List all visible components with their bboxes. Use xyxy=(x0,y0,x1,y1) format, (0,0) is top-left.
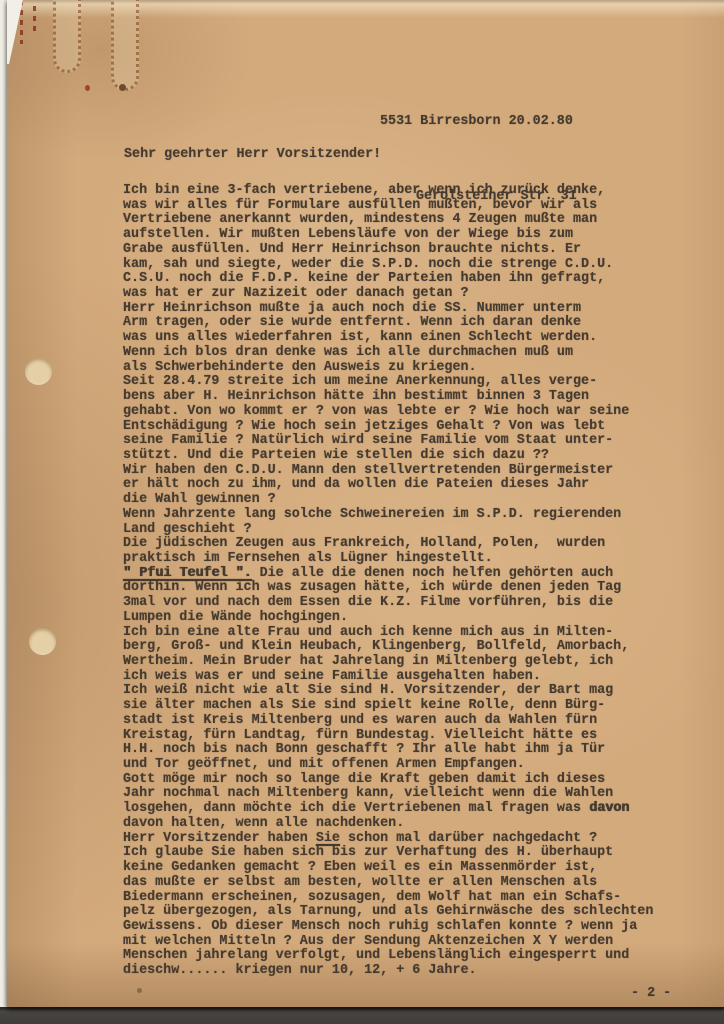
letter-line: seine Familie ? Natürlich wird seine Fam… xyxy=(123,434,653,449)
letter-line: er hält noch zu ihm, und da wollen die P… xyxy=(123,478,653,493)
letter-line: Ich weiß nicht wie alt Sie sind H. Vorsi… xyxy=(123,684,653,699)
letter-line: Vertriebene anerkannt wurden, mindestens… xyxy=(123,213,653,228)
letter-line: dieschw...... kriegen nur 10, 12, + 6 Ja… xyxy=(123,964,653,979)
letter-line: Menschen jahrelang verfolgt, und Lebensl… xyxy=(123,949,653,964)
letter-line: was uns alles wiederfahren ist, kann ein… xyxy=(123,331,653,346)
letter-line: Gewissens. Ob dieser Mensch noch ruhig s… xyxy=(123,920,653,935)
paperclip-rust-mark xyxy=(111,0,139,91)
letter-line: Entschädigung ? Wie hoch sein jetziges G… xyxy=(123,420,653,435)
red-pen-mark xyxy=(33,6,36,36)
letter-line: sie älter machen als Sie sind spielt kei… xyxy=(123,699,653,714)
letter-line: gehabt. Von wo kommt er ? von was lebte … xyxy=(123,405,653,420)
letter-line: was hat er zur Nazizeit oder danach geta… xyxy=(123,287,653,302)
letter-line: keine Gedanken gemacht ? Eben weil es ei… xyxy=(123,861,653,876)
scanner-background-band xyxy=(0,1007,724,1024)
letter-line: pelz übergezogen, als Tarnung, und als G… xyxy=(123,905,653,920)
letter-line: Ich bin eine 3-fach vertriebene, aber we… xyxy=(123,184,653,199)
letter-line: losgehen, dann möchte ich die Vertrieben… xyxy=(123,802,653,817)
letter-line: Die jüdischen Zeugen aus Frankreich, Hol… xyxy=(123,537,653,552)
letter-line: Lumpen die Wände hochgingen. xyxy=(123,611,653,626)
letter-line: H.H. noch bis nach Bonn geschafft ? Ihr … xyxy=(123,743,653,758)
letter-line: und Tor geöffnet, und mit offenen Armen … xyxy=(123,758,653,773)
letter-line: berg, Groß- und Klein Heubach, Klingenbe… xyxy=(123,640,653,655)
letter-line: aufstellen. Wir mußten Lebensläufe von d… xyxy=(123,228,653,243)
letter-line: Biedermann erscheinen, sozusagen, dem Wo… xyxy=(123,891,653,906)
letter-salutation: Sehr geehrter Herr Vorsitzender! xyxy=(124,147,381,162)
letter-body: Ich bin eine 3-fach vertriebene, aber we… xyxy=(123,184,653,979)
letter-line: 3mal vor und nach dem Essen die K.Z. Fil… xyxy=(123,596,653,611)
letter-line: das mußte er selbst am besten, wollte er… xyxy=(123,876,653,891)
letter-line: praktisch im Fernsehen als Lügner hinges… xyxy=(123,552,653,567)
letter-line: Jahr nochmal nach Miltenberg kann, viell… xyxy=(123,787,653,802)
letter-line: bens aber H. Heinrichson hätte ihn besti… xyxy=(123,390,653,405)
letter-dateline: 5531 Birresborn 20.02.80 xyxy=(380,109,577,134)
letter-line: dorthin. Wenn ich was zusagen hätte, ich… xyxy=(123,581,653,596)
scan-corner-sliver xyxy=(7,0,29,64)
letter-line: C.S.U. noch die F.D.P. keine der Parteie… xyxy=(123,272,653,287)
page-number: - 2 - xyxy=(631,986,671,1001)
letter-line: Seit 28.4.79 streite ich um meine Anerke… xyxy=(123,375,653,390)
letter-paper: 5531 Birresborn 20.02.80 Gerolsteiner St… xyxy=(7,0,724,1007)
letter-line: Wenn ich blos dran denke was ich alle du… xyxy=(123,346,653,361)
punch-hole xyxy=(29,628,56,655)
letter-line: Grabe ausfüllen. Und Herr Heinrichson br… xyxy=(123,243,653,258)
paperclip-rust-mark xyxy=(53,0,81,73)
scanned-letter-page: 5531 Birresborn 20.02.80 Gerolsteiner St… xyxy=(0,0,724,1024)
ink-speck xyxy=(137,988,142,993)
letter-line: stadt ist Kreis Miltenberg und es waren … xyxy=(123,714,653,729)
letter-line: davon halten, wenn alle nachdenken. xyxy=(123,817,653,832)
letter-line: die Wahl gewinnen ? xyxy=(123,493,653,508)
ink-speck xyxy=(85,85,90,91)
punch-hole xyxy=(25,358,52,385)
letter-line: Ich glaube Sie haben sich bis zur Verhaf… xyxy=(123,846,653,861)
letter-line: Wertheim. Mein Bruder hat Jahrelang in M… xyxy=(123,655,653,670)
letter-line: stützt. Und die Parteien wie stellen die… xyxy=(123,449,653,464)
ink-speck xyxy=(119,84,126,91)
letter-line: Wenn Jahrzente lang solche Schweinereien… xyxy=(123,508,653,523)
letter-line: Arm tragen, oder sie wurde entfernt. Wen… xyxy=(123,316,653,331)
